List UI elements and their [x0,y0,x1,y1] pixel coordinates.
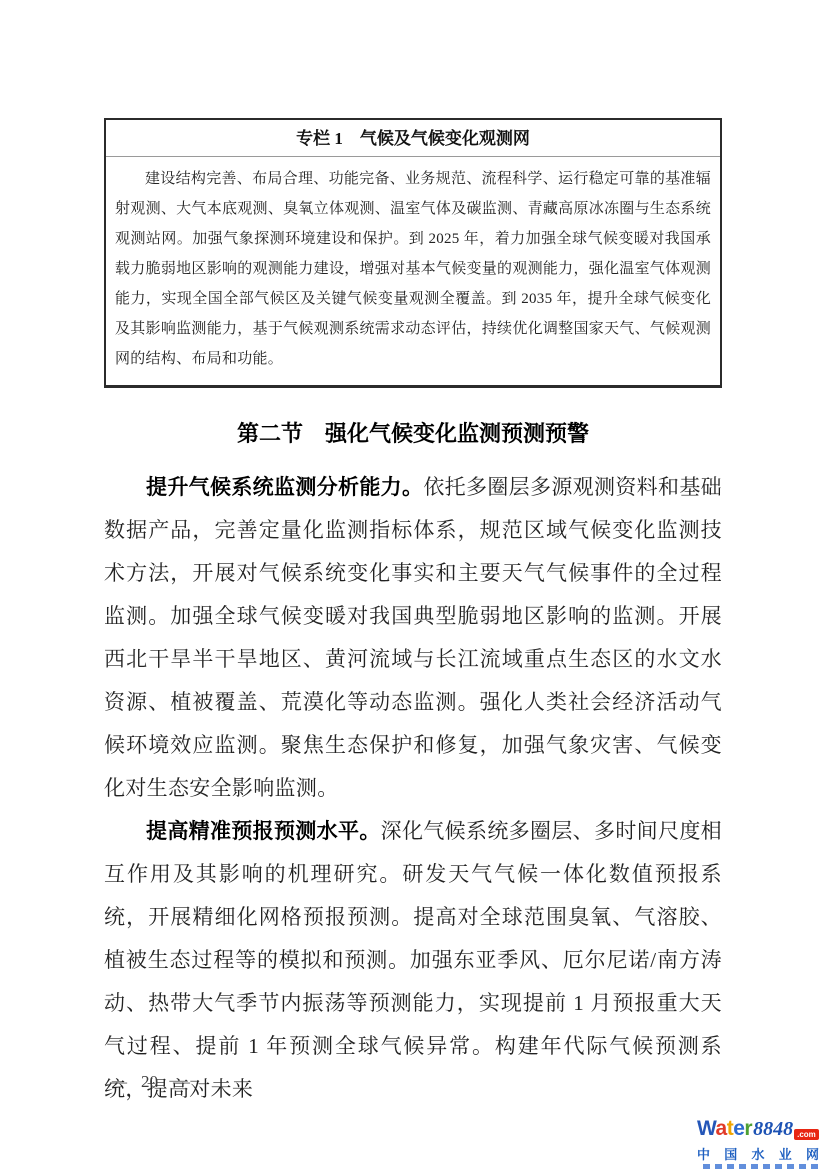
watermark-letter: W [697,1117,716,1140]
watermark-word: Water [697,1118,752,1140]
watermark-site-char: 中 [697,1144,710,1163]
paragraph-1: 提升气候系统监测分析能力。依托多圈层多源观测资料和基础数据产品，完善定量化监测指… [104,466,722,810]
section-heading: 第二节 强化气候变化监测预测预警 [104,417,722,448]
watermark-logo: Water 8848 .com 中国水业网 [697,1118,823,1163]
watermark-site-char: 国 [724,1144,737,1163]
paragraph-2-text: 深化气候系统多圈层、多时间尺度相互作用及其影响的机理研究。研发天气气候一体化数值… [104,819,722,1101]
watermark-site-name: 中国水业网 [697,1144,819,1163]
page-number: — 20 — [110,1072,189,1092]
paragraph-1-text: 依托多圈层多源观测资料和基础数据产品，完善定量化监测指标体系，规范区域气候变化监… [104,475,722,800]
paragraph-2-lead: 提高精准预报预测水平。 [146,819,381,843]
watermark-letter: r [744,1117,752,1140]
watermark-wordmark: Water 8848 .com [697,1118,823,1141]
page-number-dash-right: — [173,1072,189,1092]
watermark-site-char: 网 [806,1144,819,1163]
callout-box: 专栏 1 气候及气候变化观测网 建设结构完善、布局合理、功能完备、业务规范、流程… [104,118,722,388]
watermark-number: 8848 [753,1118,793,1141]
watermark-site-char: 水 [751,1144,764,1163]
paragraph-2: 提高精准预报预测水平。深化气候系统多圈层、多时间尺度相互作用及其影响的机理研究。… [104,810,722,1111]
watermark-site-char: 业 [779,1144,792,1163]
watermark-letter: a [716,1117,727,1140]
watermark-domain-badge: .com [794,1129,819,1140]
page-number-value: 20 [141,1072,158,1092]
page-number-dash-left: — [110,1072,126,1092]
paragraph-1-lead: 提升气候系统监测分析能力。 [146,475,423,499]
callout-box-title: 专栏 1 气候及气候变化观测网 [106,120,720,157]
callout-box-body: 建设结构完善、布局合理、功能完备、业务规范、流程科学、运行稳定可靠的基准辐射观测… [106,157,720,385]
document-page: { "callout_box": { "title": "专栏 1 气候及气候变… [0,0,826,1169]
watermark-letter: e [733,1117,744,1140]
body-text: 提升气候系统监测分析能力。依托多圈层多源观测资料和基础数据产品，完善定量化监测指… [104,466,722,1111]
watermark-cropped-line [703,1164,821,1169]
